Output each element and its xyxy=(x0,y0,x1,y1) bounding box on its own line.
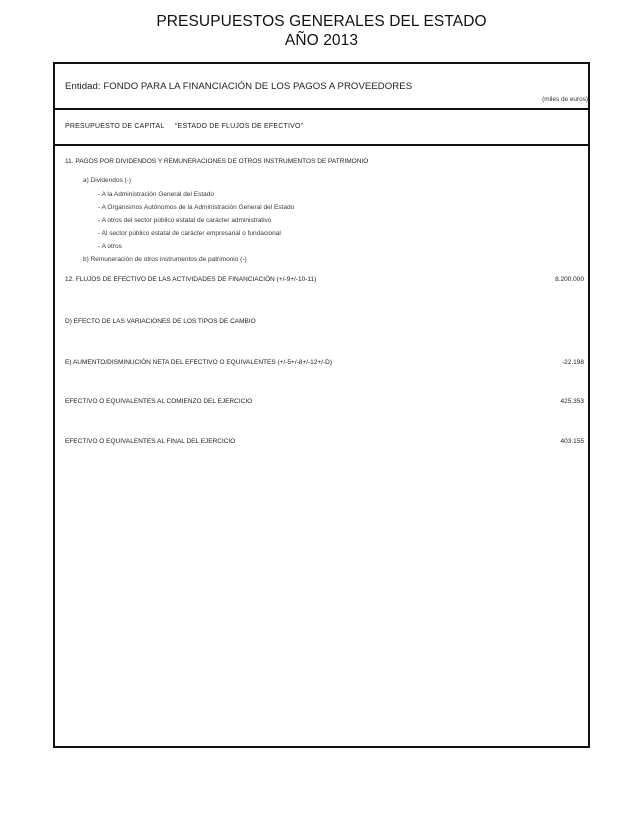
budget-header: PRESUPUESTO DE CAPITAL "ESTADO DE FLUJOS… xyxy=(55,110,588,146)
begin-cash-label: EFECTIVO O EQUIVALENTES AL COMIENZO DEL … xyxy=(65,398,252,406)
document-title-year: AÑO 2013 xyxy=(0,31,643,50)
dividend-subitem-label: - A Organismos Autónomos de la Administr… xyxy=(98,204,294,212)
dividend-subitem-label: - A otros xyxy=(98,243,122,251)
line-item-12-label: 12. FLUJOS DE EFECTIVO DE LAS ACTIVIDADE… xyxy=(65,276,316,284)
statement-body: 11. PAGOS POR DIVIDENDOS Y REMUNERACIONE… xyxy=(55,146,588,746)
entity-section: Entidad: FONDO PARA LA FINANCIACIÓN DE L… xyxy=(55,64,588,110)
statement-name: "ESTADO DE FLUJOS DE EFECTIVO" xyxy=(175,123,303,130)
dividend-subitem-label: - A otros del sector público estatal de … xyxy=(98,217,271,225)
end-cash-label: EFECTIVO O EQUIVALENTES AL FINAL DEL EJE… xyxy=(65,438,235,446)
line-item-11-label: 11. PAGOS POR DIVIDENDOS Y REMUNERACIONE… xyxy=(65,158,425,166)
begin-cash-value: 425.353 xyxy=(561,398,585,406)
document-title-line1: PRESUPUESTOS GENERALES DEL ESTADO xyxy=(0,12,643,31)
line-item-e-label: E) AUMENTO/DISMINUCIÓN NETA DEL EFECTIVO… xyxy=(65,359,332,367)
statement-frame: Entidad: FONDO PARA LA FINANCIACIÓN DE L… xyxy=(53,62,590,748)
entity-name: Entidad: FONDO PARA LA FINANCIACIÓN DE L… xyxy=(65,81,412,92)
line-item-e-value: -22.198 xyxy=(562,359,584,367)
line-item-12-value: 8.200.000 xyxy=(555,276,584,284)
remuneration-label: b) Remuneración de otros instrumentos de… xyxy=(83,256,247,264)
end-cash-value: 403.155 xyxy=(561,438,585,446)
dividend-subitem-label: - Al sector público estatal de carácter … xyxy=(98,230,281,238)
dividends-label: a) Dividendos (-) xyxy=(83,177,131,185)
document-title: PRESUPUESTOS GENERALES DEL ESTADO AÑO 20… xyxy=(0,12,643,50)
units-note: (miles de euros) xyxy=(542,96,588,103)
line-item-d-label: D) EFECTO DE LAS VARIACIONES DE LOS TIPO… xyxy=(65,318,256,326)
budget-type: PRESUPUESTO DE CAPITAL xyxy=(65,123,164,130)
dividend-subitem-label: - A la Administración General del Estado xyxy=(98,191,214,199)
